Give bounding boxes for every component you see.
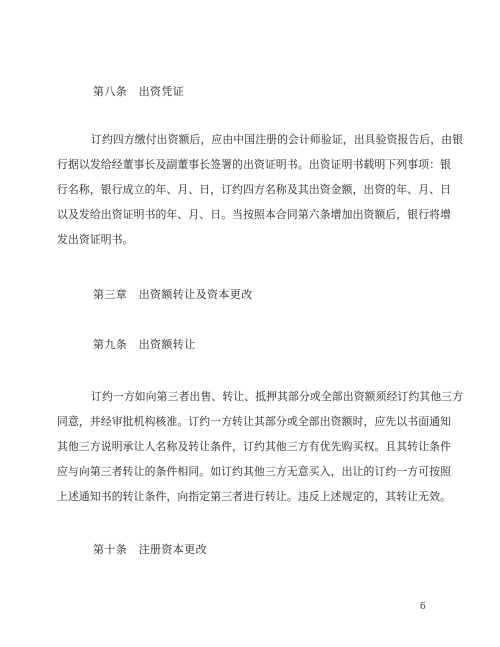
chapter-3-heading: 第三章 出资额转让及资本更改 [93,289,253,302]
article-9-heading: 第九条 出资额转让 [93,339,196,352]
page-number: 6 [420,600,426,613]
paragraph-line: 上述通知书的转让条件，向指定第三者进行转让。违反上述规定的，其转让无效。 [57,485,445,510]
document-content: 第八条 出资凭证 订约四方缴付出资额后，应由中国注册的会计师验证，出具验资报告后… [57,0,445,647]
paragraph-line: 订约四方缴付出资额后，应由中国注册的会计师验证，出具验资报告后，由银 [57,128,445,153]
paragraph-line: 以及发给出资证明书的年、月、日。当按照本合同第六条增加出资额后，银行将增 [57,203,445,228]
article-9-paragraph: 订约一方如向第三者出售、转让、抵押其部分或全部出资额须经订约其他三方 同意，并经… [57,385,445,510]
article-8-heading: 第八条 出资凭证 [93,86,184,99]
paragraph-line: 行据以发给经董事长及副董事长签署的出资证明书。出资证明书载明下列事项：银 [57,153,445,178]
paragraph-line: 其他三方说明承让人名称及转让条件，订约其他三方有优先购买权。且其转让条件 [57,435,445,460]
paragraph-line: 应与向第三者转让的条件相同。如订约其他三方无意买入，出让的订约一方可按照 [57,460,445,485]
article-8-paragraph: 订约四方缴付出资额后，应由中国注册的会计师验证，出具验资报告后，由银 行据以发给… [57,128,445,253]
paragraph-line: 同意，并经审批机构核准。订约一方转让其部分或全部出资额时，应先以书面通知 [57,410,445,435]
paragraph-line: 行名称，银行成立的年、月、日，订约四方名称及其出资金额，出资的年、月、日 [57,178,445,203]
paragraph-line: 订约一方如向第三者出售、转让、抵押其部分或全部出资额须经订约其他三方 [57,385,445,410]
document-page: 第八条 出资凭证 订约四方缴付出资额后，应由中国注册的会计师验证，出具验资报告后… [0,0,500,647]
paragraph-line: 发出资证明书。 [57,228,445,253]
article-10-heading: 第十条 注册资本更改 [93,544,207,557]
